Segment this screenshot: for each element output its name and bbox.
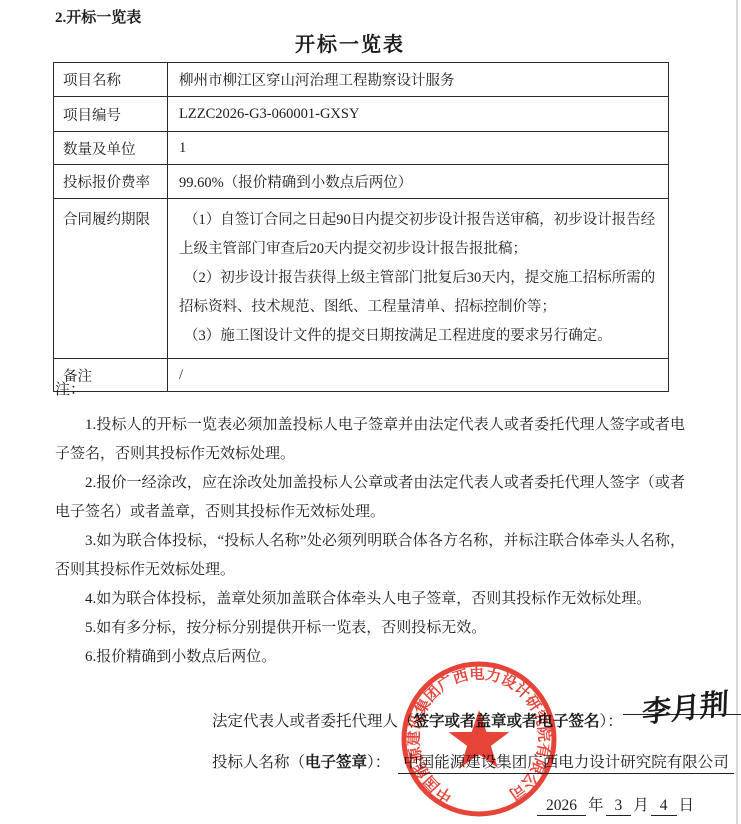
note-item: 4.如为联合体投标，盖章处须加盖联合体牵头人电子签章，否则其投标作无效标处理。 [55, 585, 685, 614]
note-item: 1.投标人的开标一览表必须加盖投标人电子签章并由法定代表人或者委托代理人签字或者… [55, 411, 685, 469]
row-label: 投标报价费率 [54, 165, 168, 199]
notes-section: 注： 1.投标人的开标一览表必须加盖投标人电子签章并由法定代表人或者委托代理人签… [55, 378, 685, 672]
rep-signature-line: 李月荆 [623, 694, 741, 715]
company-seal-stamp: 中国能源建设集团广西电力设计研究院有限公司 [396, 656, 562, 822]
row-value: 1 [168, 132, 669, 165]
note-item: 3.如为联合体投标，“投标人名称”处必须列明联合体各方名称，并标注联合体牵头人名… [55, 527, 685, 585]
table-row: 投标报价费率 99.60%（报价精确到小数点后两位） [54, 165, 669, 199]
handwritten-signature: 李月荆 [642, 681, 730, 731]
notes-heading: 注： [55, 378, 685, 399]
row-value: （1）自签订合同之日起90日内提交初步设计报告送审稿，初步设计报告经上级主管部门… [168, 199, 669, 359]
row-label: 合同履约期限 [54, 199, 168, 359]
table-row: 数量及单位 1 [54, 132, 669, 165]
page-title: 开标一览表 [0, 28, 700, 57]
contract-term-line: （1）自签订合同之日起90日内提交初步设计报告送审稿，初步设计报告经上级主管部门… [179, 206, 662, 264]
bidder-label: 投标人名称（ [212, 754, 305, 771]
table-row: 项目名称 柳州市柳江区穿山河治理工程勘察设计服务 [54, 63, 669, 97]
row-value: 柳州市柳江区穿山河治理工程勘察设计服务 [168, 63, 669, 97]
row-label: 项目名称 [54, 63, 168, 97]
row-value: LZZC2026-G3-060001-GXSY [168, 97, 669, 132]
row-label: 项目编号 [54, 97, 168, 132]
note-item: 2.报价一经涂改，应在涂改处加盖投标人公章或者由法定代表人或者委托代理人签字（或… [55, 469, 685, 527]
note-item: 5.如有多分标，按分标分别提供开标一览表，否则投标无效。 [55, 614, 685, 643]
document-page: 2.开标一览表 开标一览表 项目名称 柳州市柳江区穿山河治理工程勘察设计服务 项… [0, 0, 741, 824]
seal-star-icon [449, 710, 510, 768]
date-month: 3 [606, 797, 632, 816]
table-row: 项目编号 LZZC2026-G3-060001-GXSY [54, 97, 669, 132]
bid-opening-table: 项目名称 柳州市柳江区穿山河治理工程勘察设计服务 项目编号 LZZC2026-G… [53, 62, 669, 392]
date-month-unit: 月 [633, 797, 649, 814]
rep-label: 法定代表人或者委托代理人（ [212, 713, 414, 730]
date-year-unit: 年 [588, 797, 604, 814]
row-value: 99.60%（报价精确到小数点后两位） [168, 165, 669, 199]
bidder-label-bold: 电子签章 [305, 754, 367, 771]
table-row: 合同履约期限 （1）自签订合同之日起90日内提交初步设计报告送审稿，初步设计报告… [54, 199, 669, 359]
section-heading: 2.开标一览表 [55, 6, 141, 27]
contract-term-line: （2）初步设计报告获得上级主管部门批复后30天内，提交施工招标所需的招标资料、技… [179, 264, 662, 322]
row-label: 数量及单位 [54, 132, 168, 165]
contract-term-line: （3）施工图设计文件的提交日期按满足工程进度的要求另行确定。 [179, 322, 662, 351]
note-item: 6.报价精确到小数点后两位。 [55, 643, 685, 672]
bidder-label-suffix: ）： [367, 754, 390, 771]
rep-label-suffix: ）： [600, 713, 623, 730]
date-day: 4 [651, 797, 677, 816]
date-day-unit: 日 [679, 797, 695, 814]
